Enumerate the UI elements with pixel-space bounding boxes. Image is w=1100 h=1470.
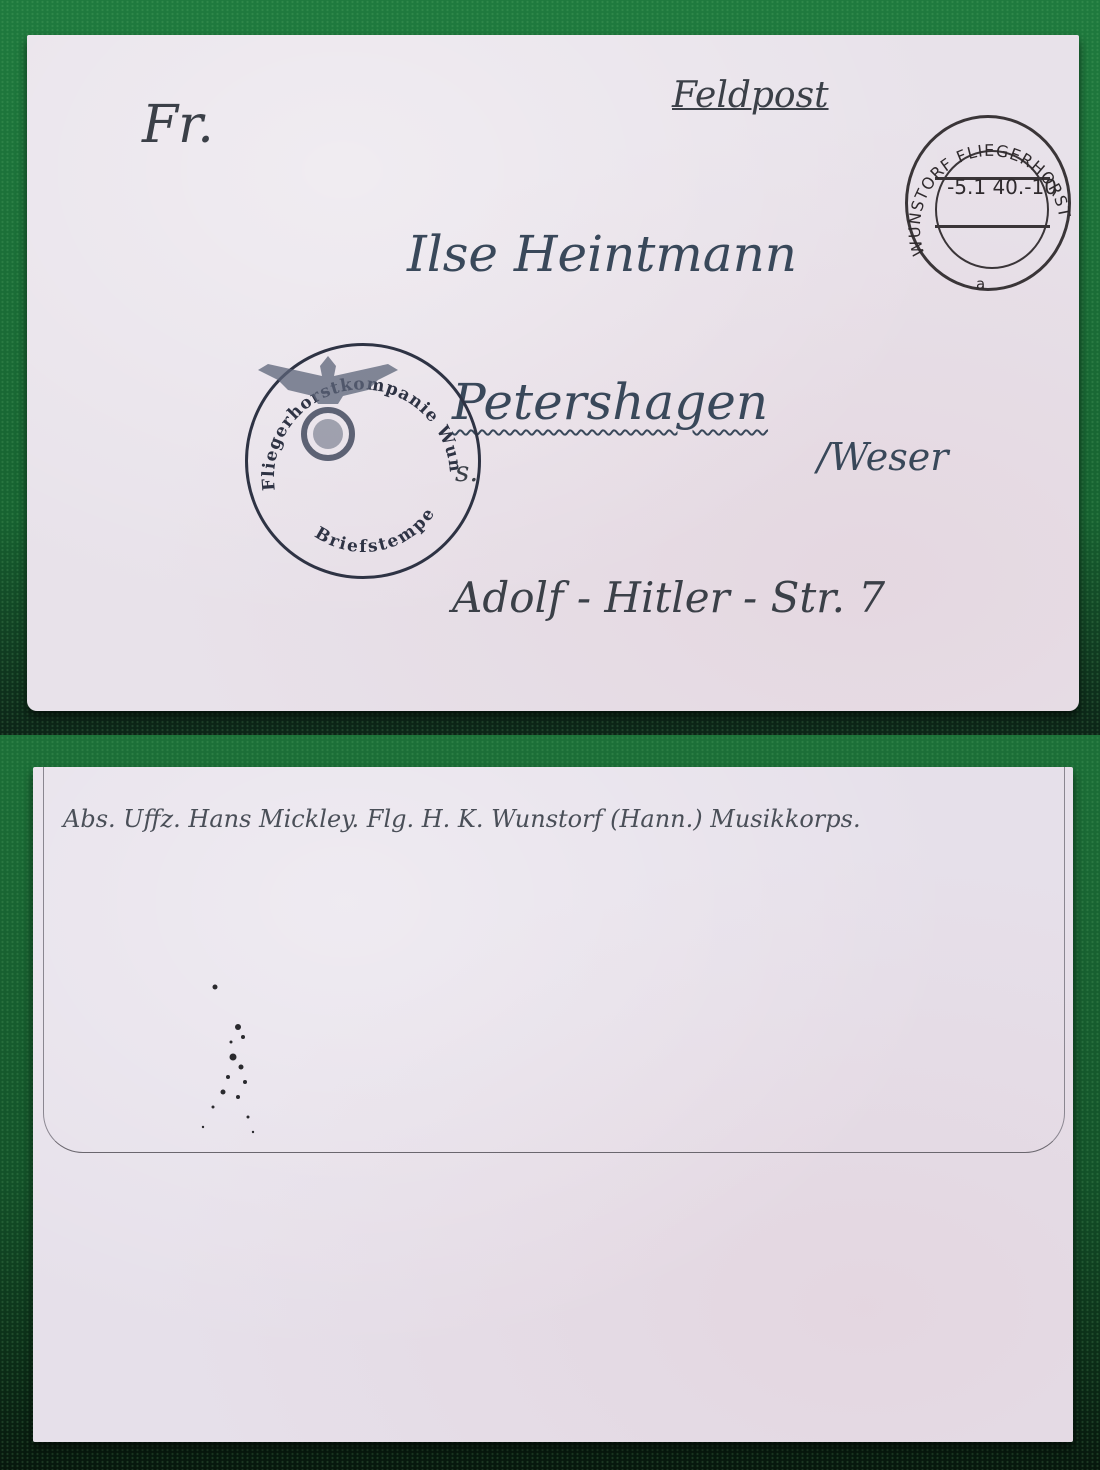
postmark-stamp: WUNSTORF FLIEGERHORST -5.1 40.-10 a	[900, 115, 1070, 300]
official-seal-stamp: Fliegerhorstkompanie Wunstorf Briefstemp…	[245, 343, 481, 579]
envelope-back: Abs. Uffz. Hans Mickley. Flg. H. K. Wuns…	[33, 767, 1073, 1442]
eagle-emblem-icon	[248, 346, 408, 466]
postmark-date: -5.1 40.-10	[942, 175, 1062, 199]
feldpost-mark: Feldpost	[672, 75, 829, 116]
ink-smudge	[193, 967, 273, 1137]
recipient-region: /Weser	[817, 435, 948, 479]
recipient-street: Adolf - Hitler - Str. 7	[452, 573, 885, 622]
svg-text:WUNSTORF FLIEGERHORST: WUNSTORF FLIEGERHORST	[905, 141, 1075, 258]
seal-overwritten-mark: s.	[455, 455, 478, 488]
free-mark: Fr.	[142, 95, 214, 155]
postmark-arc-text: WUNSTORF FLIEGERHORST	[900, 115, 1075, 295]
postmark-letter: a	[976, 275, 985, 293]
recipient-name: Ilse Heintmann	[407, 225, 797, 283]
recipient-city: Petershagen	[452, 373, 768, 431]
sender-line: Abs. Uffz. Hans Mickley. Flg. H. K. Wuns…	[63, 805, 861, 833]
